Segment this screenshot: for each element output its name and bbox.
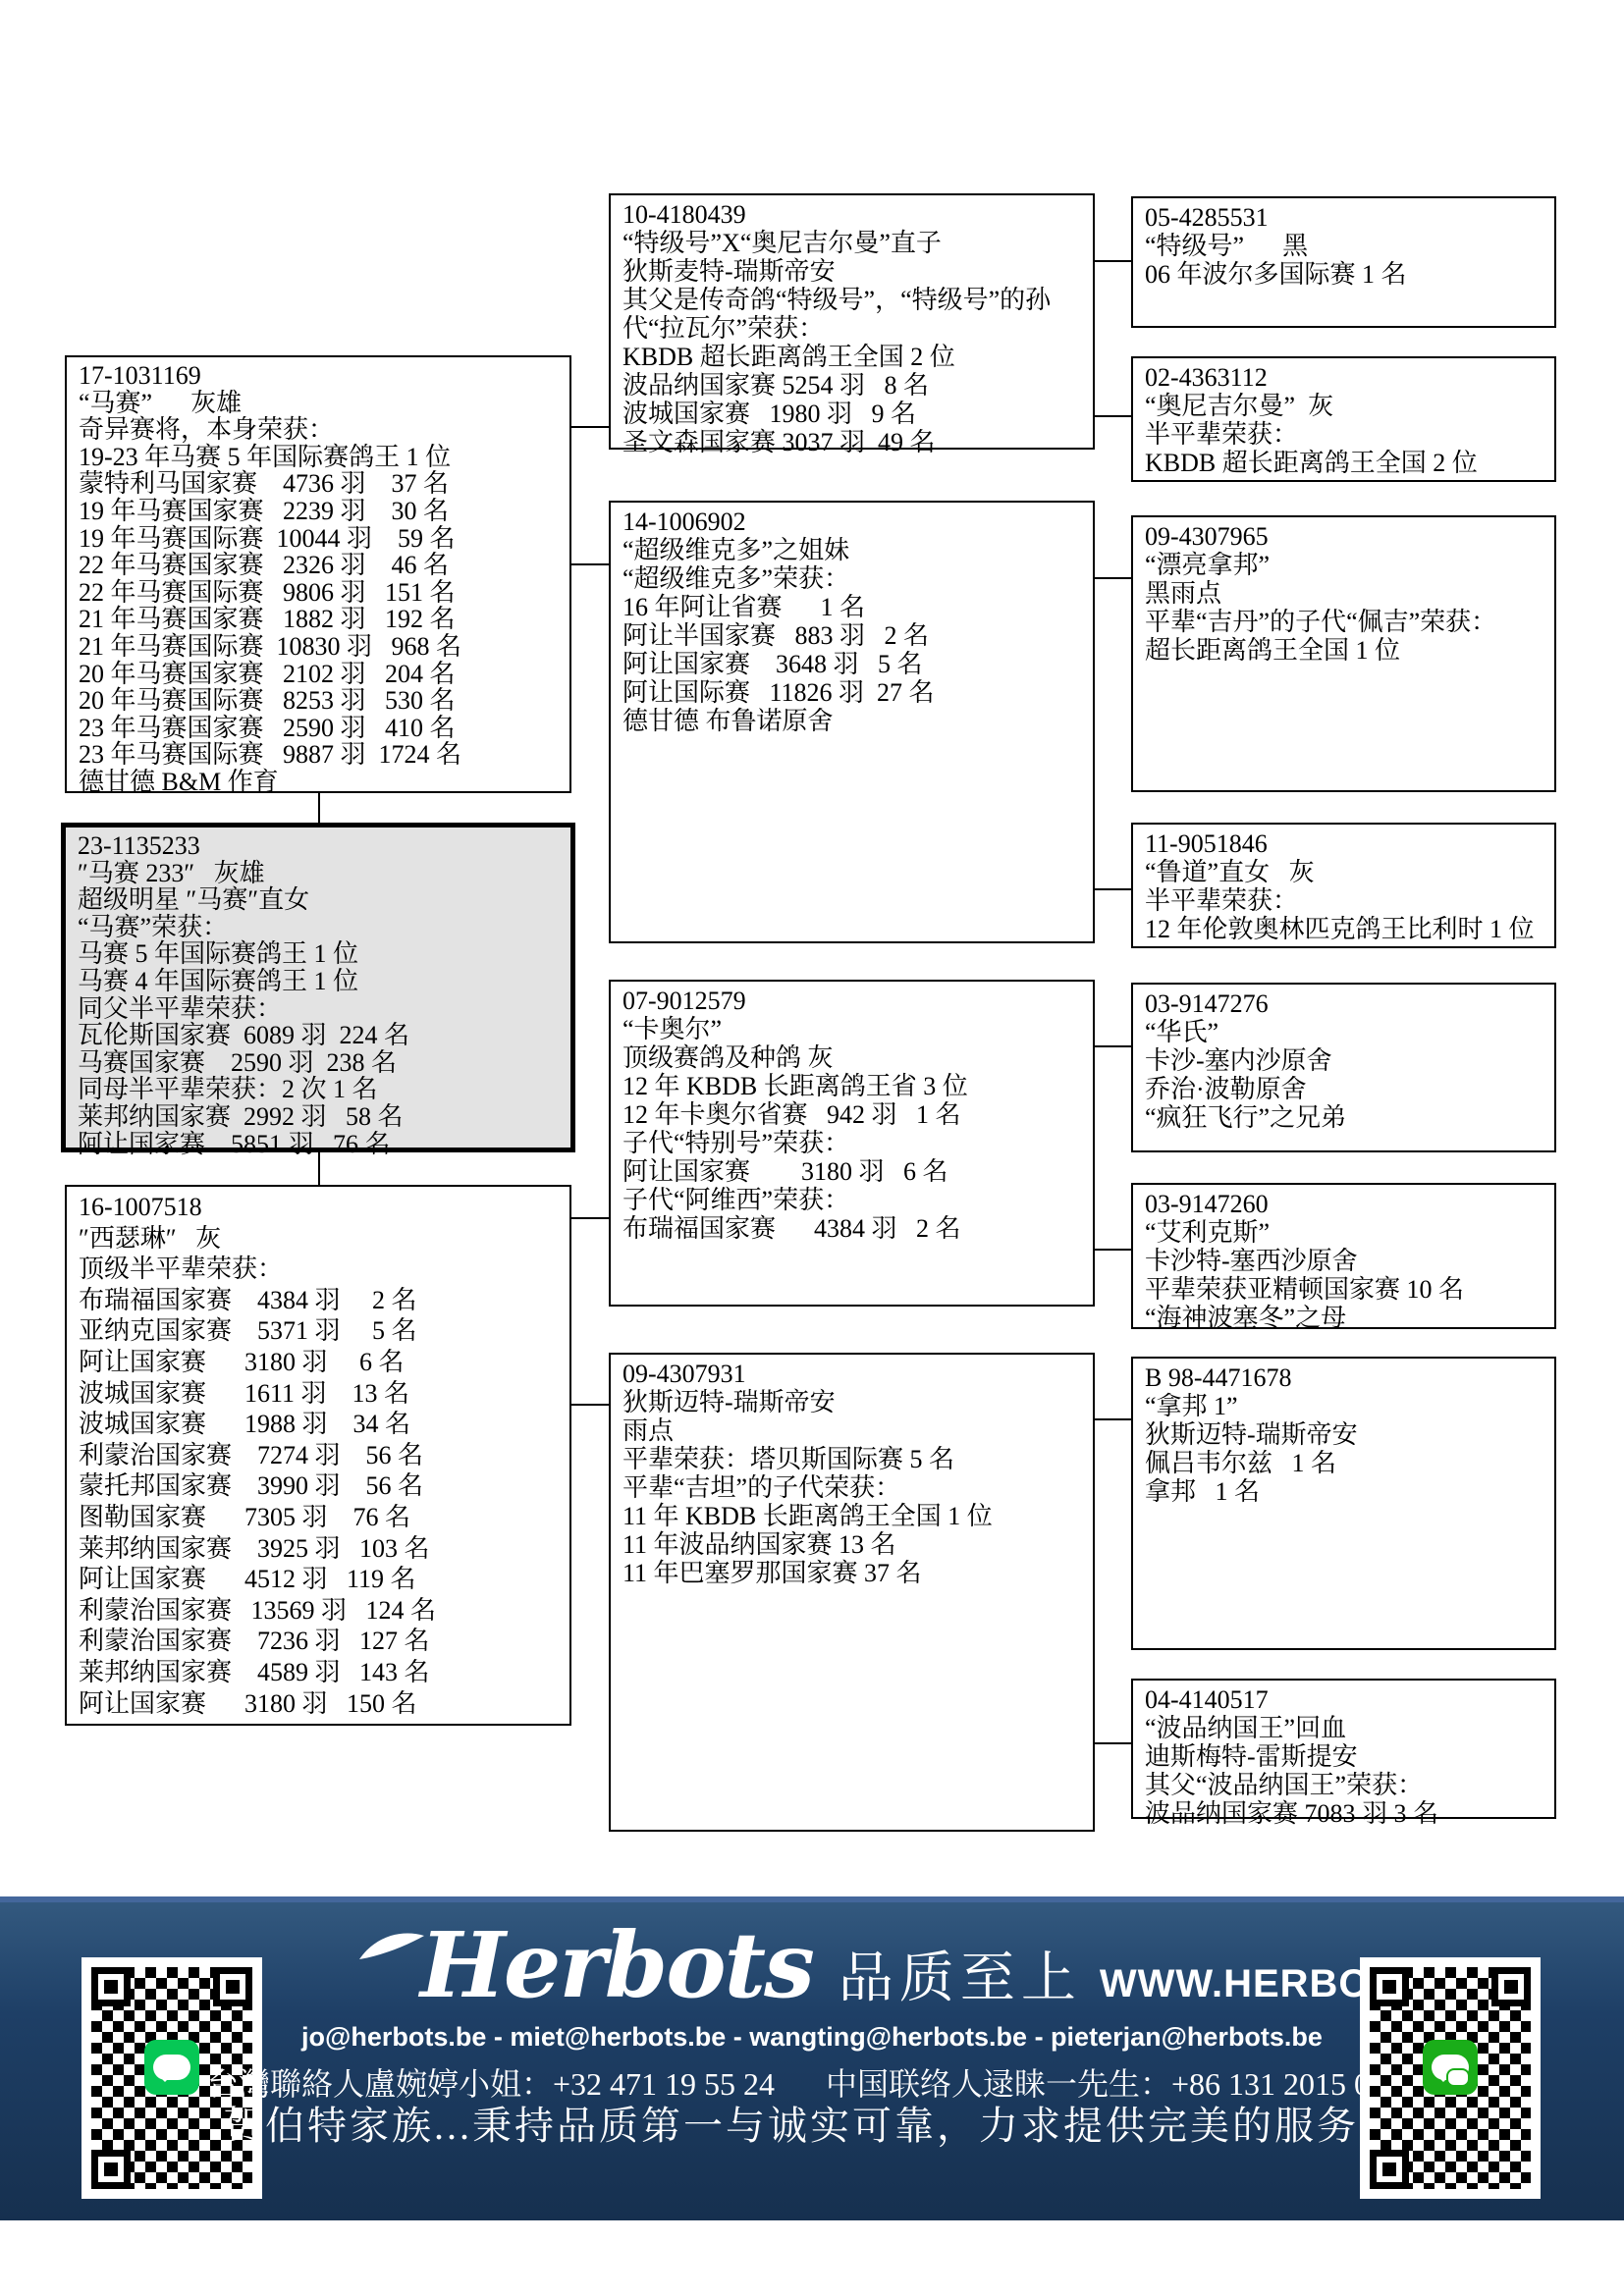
text-line: 12 年 KBDB 长距离鸽王省 3 位 bbox=[623, 1072, 1081, 1100]
text-line: KBDB 超长距离鸽王全国 2 位 bbox=[1145, 449, 1543, 477]
connector-subject-to-dam bbox=[318, 1151, 320, 1186]
text-line: 11 年 KBDB 长距离鸽王全国 1 位 bbox=[623, 1502, 1081, 1530]
text-line: 波城国家赛 1611 羽 13 名 bbox=[79, 1378, 558, 1410]
pedigree-box-dam-dam-sire: B 98-4471678“拿邦 1”狄斯迈特-瑞斯帝安佩吕韦尔兹 1 名拿邦 1… bbox=[1131, 1357, 1556, 1650]
text-line: 拿邦 1 名 bbox=[1145, 1477, 1543, 1506]
text-line: 蒙托邦国家赛 3990 羽 56 名 bbox=[79, 1470, 558, 1502]
text-line: 其父是传奇鸽“特级号”，“特级号”的孙 bbox=[623, 286, 1081, 314]
text-line: “波品纳国王”回血 bbox=[1145, 1714, 1543, 1742]
text-line: 05-4285531 bbox=[1145, 203, 1543, 232]
connector-sire-to-sire-dam bbox=[571, 563, 609, 565]
pedigree-box-dam-sire: 07-9012579“卡奥尔”顶级赛鸽及种鸽 灰12 年 KBDB 长距离鸽王省… bbox=[609, 980, 1095, 1307]
text-line: 阿让国家赛 3648 羽 5 名 bbox=[623, 650, 1081, 678]
connector-granddam-to-ggp3 bbox=[1095, 577, 1131, 579]
pedigree-box-dam-sire-sire: 03-9147276“华氏”卡沙-塞内沙原舍乔治·波勒原舍“疯狂飞行”之兄弟 bbox=[1131, 983, 1556, 1152]
text-line: 波品纳国家赛 7083 羽 3 名 bbox=[1145, 1799, 1543, 1828]
connector-dam-to-dam-sire bbox=[571, 1217, 609, 1219]
text-line: “奥尼吉尔曼” 灰 bbox=[1145, 392, 1543, 420]
text-line: 21 年马赛国家赛 1882 羽 192 名 bbox=[79, 606, 558, 633]
text-line: 迪斯梅特-雷斯提安 bbox=[1145, 1742, 1543, 1771]
pedigree-box-dam-sire-dam: 03-9147260“艾利克斯”卡沙特-塞西沙原舍平辈荣获亚精顿国家赛 10 名… bbox=[1131, 1183, 1556, 1329]
connector-dam-to-dam-dam bbox=[571, 1404, 609, 1406]
text-line: 12 年伦敦奥林匹克鸽王比利时 1 位 bbox=[1145, 915, 1543, 943]
text-line: 波城国家赛 1980 羽 9 名 bbox=[623, 400, 1081, 428]
text-line: 平辈荣获亚精顿国家赛 10 名 bbox=[1145, 1275, 1543, 1304]
text-line: 卡沙-塞内沙原舍 bbox=[1145, 1046, 1543, 1075]
footer-banner: Herbots 品质至上 WWW.HERBOTS.BE jo@herbots.b… bbox=[0, 1896, 1624, 2220]
text-line: 19 年马赛国际赛 10044 羽 59 名 bbox=[79, 525, 558, 553]
text-line: 平辈荣获：塔贝斯国际赛 5 名 bbox=[623, 1445, 1081, 1473]
text-line: 阿让国家赛 3180 羽 6 名 bbox=[79, 1347, 558, 1378]
text-line: 阿让国家赛 3180 羽 6 名 bbox=[623, 1157, 1081, 1186]
text-line: “疯狂飞行”之兄弟 bbox=[1145, 1103, 1543, 1132]
text-line: 平辈“吉坦”的子代荣获： bbox=[623, 1473, 1081, 1502]
brand-tagline: 品质至上 bbox=[839, 1935, 1082, 2013]
text-line: 子代“阿维西”荣获： bbox=[623, 1186, 1081, 1214]
text-line: 23 年马赛国家赛 2590 羽 410 名 bbox=[79, 715, 558, 742]
text-line: 平辈“吉丹”的子代“佩吉”荣获： bbox=[1145, 608, 1543, 636]
text-line: “马赛”荣获： bbox=[78, 914, 559, 941]
text-line: 卡沙特-塞西沙原舍 bbox=[1145, 1247, 1543, 1275]
text-line: 马赛国家赛 2590 羽 238 名 bbox=[78, 1049, 559, 1077]
text-line: KBDB 超长距离鸽王全国 2 位 bbox=[623, 343, 1081, 371]
text-line: 超长距离鸽王全国 1 位 bbox=[1145, 636, 1543, 665]
text-line: 代“拉瓦尔”荣获： bbox=[623, 314, 1081, 343]
text-line: 03-9147276 bbox=[1145, 989, 1543, 1018]
text-line: “超级维克多”之姐妹 bbox=[623, 536, 1081, 564]
connector-granddam2-to-ggp7 bbox=[1095, 1418, 1131, 1420]
connector-grandsire2-to-ggp6 bbox=[1095, 1249, 1131, 1251]
connector-grandsire-to-ggp1 bbox=[1095, 260, 1131, 262]
text-line: 04-4140517 bbox=[1145, 1685, 1543, 1714]
text-line: ″马赛 233″ 灰雄 bbox=[78, 860, 559, 887]
pedigree-box-sire: 17-1031169“马赛” 灰雄奇异赛将，本身荣获：19-23 年马赛 5 年… bbox=[65, 355, 571, 793]
text-line: 德甘德 布鲁诺原舍 bbox=[623, 707, 1081, 735]
text-line: 同母半平辈荣获：2 次 1 名 bbox=[78, 1076, 559, 1103]
text-line: 半平辈荣获： bbox=[1145, 420, 1543, 449]
text-line: 03-9147260 bbox=[1145, 1190, 1543, 1218]
brand-logo-text: Herbots bbox=[420, 1920, 813, 2010]
text-line: “鲁道”直女 灰 bbox=[1145, 858, 1543, 886]
text-line: 图勒国家赛 7305 羽 76 名 bbox=[79, 1502, 558, 1533]
text-line: 阿让国家赛 3180 羽 150 名 bbox=[79, 1688, 558, 1720]
text-line: 利蒙治国家赛 7274 羽 56 名 bbox=[79, 1440, 558, 1471]
text-line: 马赛 4 年国际赛鸽王 1 位 bbox=[78, 968, 559, 995]
pedigree-box-sire-dam-dam: 11-9051846“鲁道”直女 灰半平辈荣获：12 年伦敦奥林匹克鸽王比利时 … bbox=[1131, 823, 1556, 948]
text-line: 阿让国际赛 11826 羽 27 名 bbox=[623, 678, 1081, 707]
text-line: 利蒙治国家赛 7236 羽 127 名 bbox=[79, 1626, 558, 1657]
text-line: 11 年波品纳国家赛 13 名 bbox=[623, 1530, 1081, 1559]
wechat-icon bbox=[1423, 2040, 1478, 2095]
pedigree-box-sire-sire: 10-4180439“特级号”X“奥尼吉尔曼”直子狄斯麦特-瑞斯帝安其父是传奇鸽… bbox=[609, 193, 1095, 450]
pedigree-box-sire-dam-sire: 09-4307965“漂亮拿邦”黑雨点平辈“吉丹”的子代“佩吉”荣获：超长距离鸽… bbox=[1131, 515, 1556, 792]
text-line: ″西瑟琳″ 灰 bbox=[79, 1223, 558, 1255]
text-line: 阿让国家赛 4512 羽 119 名 bbox=[79, 1564, 558, 1595]
pedigree-box-dam-dam-dam: 04-4140517“波品纳国王”回血迪斯梅特-雷斯提安其父“波品纳国王”荣获：… bbox=[1131, 1679, 1556, 1819]
text-line: 09-4307931 bbox=[623, 1360, 1081, 1388]
text-line: 莱邦纳国家赛 3925 羽 103 名 bbox=[79, 1533, 558, 1565]
text-line: 22 年马赛国际赛 9806 羽 151 名 bbox=[79, 579, 558, 607]
text-line: “艾利克斯” bbox=[1145, 1218, 1543, 1247]
connector-granddam2-to-ggp8 bbox=[1095, 1742, 1131, 1744]
text-line: “拿邦 1” bbox=[1145, 1392, 1543, 1420]
qr-finder-icon bbox=[1370, 1967, 1409, 2006]
qr-finder-icon bbox=[213, 1967, 252, 2006]
text-line: 布瑞福国家赛 4384 羽 2 名 bbox=[79, 1285, 558, 1316]
qr-finder-icon bbox=[1370, 2150, 1409, 2189]
text-line: “特级号” 黑 bbox=[1145, 232, 1543, 260]
connector-grandsire2-to-ggp5 bbox=[1095, 1045, 1131, 1047]
text-line: 狄斯迈特-瑞斯帝安 bbox=[1145, 1420, 1543, 1449]
text-line: “卡奥尔” bbox=[623, 1015, 1081, 1043]
text-line: 12 年卡奥尔省赛 942 羽 1 名 bbox=[623, 1100, 1081, 1129]
text-line: 11-9051846 bbox=[1145, 829, 1543, 858]
text-line: 同父半平辈荣获： bbox=[78, 995, 559, 1023]
text-line: 11 年巴塞罗那国家赛 37 名 bbox=[623, 1559, 1081, 1587]
text-line: “马赛” 灰雄 bbox=[79, 390, 558, 417]
pedigree-box-sire-dam: 14-1006902“超级维克多”之姐妹“超级维克多”荣获：16 年阿让省赛 1… bbox=[609, 501, 1095, 943]
text-line: 09-4307965 bbox=[1145, 522, 1543, 551]
text-line: “超级维克多”荣获： bbox=[623, 564, 1081, 593]
text-line: 22 年马赛国家赛 2326 羽 46 名 bbox=[79, 552, 558, 579]
text-line: 超级明星 ″马赛″直女 bbox=[78, 886, 559, 914]
text-line: 19-23 年马赛 5 年国际赛鸽王 1 位 bbox=[79, 444, 558, 471]
text-line: 20 年马赛国际赛 8253 羽 530 名 bbox=[79, 687, 558, 715]
text-line: 莱邦纳国家赛 2992 羽 58 名 bbox=[78, 1103, 559, 1131]
text-line: 16-1007518 bbox=[79, 1192, 558, 1223]
connector-sire-to-sire-sire bbox=[571, 426, 609, 428]
text-line: 波品纳国家赛 5254 羽 8 名 bbox=[623, 371, 1081, 400]
text-line: 23 年马赛国际赛 9887 羽 1724 名 bbox=[79, 741, 558, 769]
pedigree-box-subject: 23-1135233″马赛 233″ 灰雄超级明星 ″马赛″直女“马赛”荣获：马… bbox=[61, 823, 575, 1152]
text-line: 20 年马赛国家赛 2102 羽 204 名 bbox=[79, 661, 558, 688]
text-line: 23-1135233 bbox=[78, 832, 559, 860]
text-line: B 98-4471678 bbox=[1145, 1363, 1543, 1392]
pedigree-box-dam-dam: 09-4307931狄斯迈特-瑞斯帝安雨点平辈荣获：塔贝斯国际赛 5 名平辈“吉… bbox=[609, 1353, 1095, 1832]
text-line: 瓦伦斯国家赛 6089 羽 224 名 bbox=[78, 1022, 559, 1049]
text-line: 亚纳克国家赛 5371 羽 5 名 bbox=[79, 1315, 558, 1347]
text-line: 佩吕韦尔兹 1 名 bbox=[1145, 1449, 1543, 1477]
chat-bubble-small-icon bbox=[1446, 2068, 1470, 2087]
text-line: 02-4363112 bbox=[1145, 363, 1543, 392]
connector-subject-to-sire bbox=[318, 792, 320, 824]
text-line: 19 年马赛国家赛 2239 羽 30 名 bbox=[79, 498, 558, 525]
text-line: 圣文森国家赛 3037 羽 49 名 bbox=[623, 428, 1081, 456]
text-line: 利蒙治国家赛 13569 羽 124 名 bbox=[79, 1595, 558, 1627]
text-line: 狄斯麦特-瑞斯帝安 bbox=[623, 257, 1081, 286]
text-line: 顶级赛鸽及种鸽 灰 bbox=[623, 1043, 1081, 1072]
text-line: 顶级半平辈荣获： bbox=[79, 1254, 558, 1285]
pedigree-box-sire-sire-sire: 05-4285531“特级号” 黑06 年波尔多国际赛 1 名 bbox=[1131, 196, 1556, 328]
text-line: 莱邦纳国家赛 4589 羽 143 名 bbox=[79, 1657, 558, 1688]
text-line: 06 年波尔多国际赛 1 名 bbox=[1145, 260, 1543, 289]
text-line: 21 年马赛国际赛 10830 羽 968 名 bbox=[79, 633, 558, 661]
text-line: 狄斯迈特-瑞斯帝安 bbox=[623, 1388, 1081, 1416]
text-line: 其父“波品纳国王”荣获： bbox=[1145, 1771, 1543, 1799]
text-line: 半平辈荣获： bbox=[1145, 886, 1543, 915]
feather-icon bbox=[357, 1930, 426, 1968]
brand-row: Herbots 品质至上 WWW.HERBOTS.BE bbox=[357, 1920, 1490, 2013]
text-line: 14-1006902 bbox=[623, 507, 1081, 536]
qr-pattern bbox=[1370, 1967, 1531, 2189]
connector-grandsire-to-ggp2 bbox=[1095, 415, 1131, 417]
text-line: 16 年阿让省赛 1 名 bbox=[623, 593, 1081, 621]
text-line: “华氏” bbox=[1145, 1018, 1543, 1046]
text-line: 乔治·波勒原舍 bbox=[1145, 1075, 1543, 1103]
text-line: “海神波塞冬”之母 bbox=[1145, 1304, 1543, 1332]
qr-code-wechat bbox=[1360, 1957, 1541, 2199]
text-line: 雨点 bbox=[623, 1416, 1081, 1445]
text-line: 10-4180439 bbox=[623, 200, 1081, 229]
qr-finder-icon bbox=[1491, 1967, 1531, 2006]
qr-finder-icon bbox=[91, 1967, 131, 2006]
text-line: 黑雨点 bbox=[1145, 579, 1543, 608]
text-line: 17-1031169 bbox=[79, 362, 558, 390]
text-line: 阿让半国家赛 883 羽 2 名 bbox=[623, 621, 1081, 650]
text-line: 子代“特别号”荣获： bbox=[623, 1129, 1081, 1157]
qr-finder-icon bbox=[91, 2150, 131, 2189]
text-line: “特级号”X“奥尼吉尔曼”直子 bbox=[623, 229, 1081, 257]
text-line: 布瑞福国家赛 4384 羽 2 名 bbox=[623, 1214, 1081, 1243]
text-line: 奇异赛将，本身荣获： bbox=[79, 416, 558, 444]
pedigree-box-sire-sire-dam: 02-4363112“奥尼吉尔曼” 灰半平辈荣获：KBDB 超长距离鸽王全国 2… bbox=[1131, 356, 1556, 482]
text-line: 马赛 5 年国际赛鸽王 1 位 bbox=[78, 940, 559, 968]
pedigree-box-dam: 16-1007518″西瑟琳″ 灰顶级半平辈荣获：布瑞福国家赛 4384 羽 2… bbox=[65, 1185, 571, 1726]
text-line: 蒙特利马国家赛 4736 羽 37 名 bbox=[79, 470, 558, 498]
text-line: 波城国家赛 1988 羽 34 名 bbox=[79, 1409, 558, 1440]
text-line: 07-9012579 bbox=[623, 987, 1081, 1015]
pedigree-page: 17-1031169“马赛” 灰雄奇异赛将，本身荣获：19-23 年马赛 5 年… bbox=[0, 0, 1624, 2296]
text-line: “漂亮拿邦” bbox=[1145, 551, 1543, 579]
connector-granddam-to-ggp4 bbox=[1095, 888, 1131, 890]
